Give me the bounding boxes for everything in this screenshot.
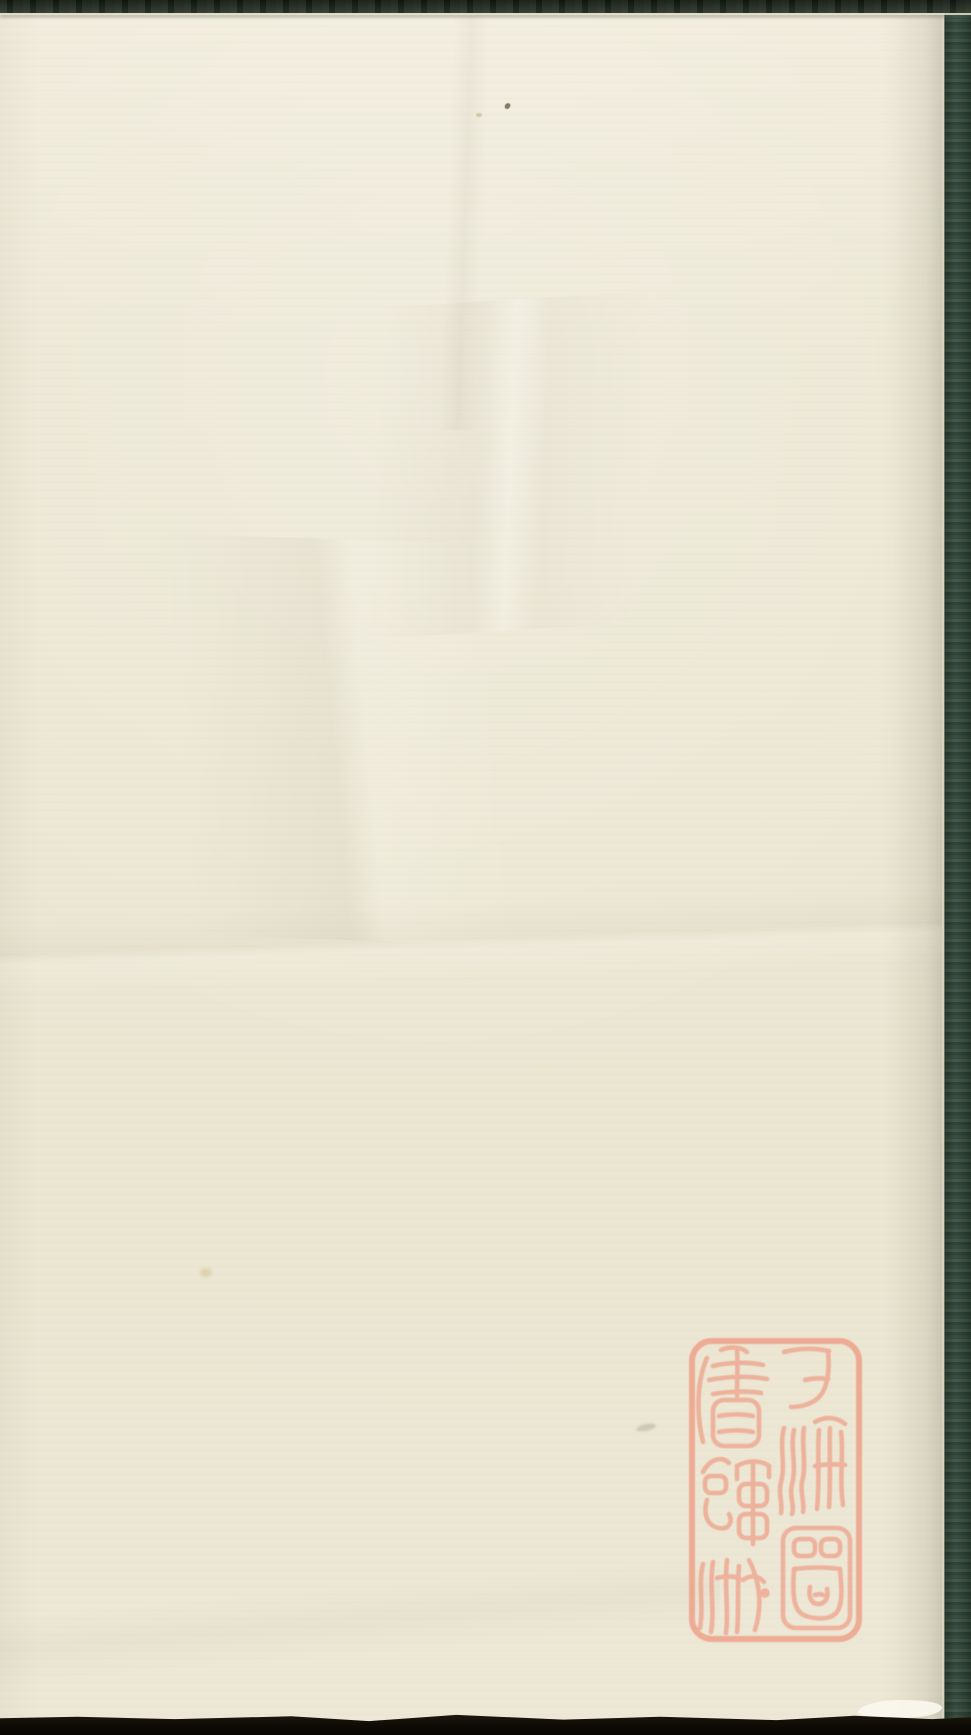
paper-crease	[0, 830, 971, 1050]
seal-border	[692, 1341, 859, 1639]
page-curl-shadow	[881, 0, 945, 1735]
scanned-book-page: 上 海 圖 書 館 藏	[0, 0, 971, 1735]
paper-crease	[0, 1540, 720, 1700]
seal-stamp-graphic	[687, 1336, 864, 1644]
book-cover-top-edge	[0, 0, 971, 13]
seal-char-shu-glyph	[698, 1348, 767, 1446]
seal-char-shang-glyph	[784, 1349, 829, 1407]
seal-char-hai-glyph	[780, 1418, 845, 1514]
paper-smudge	[635, 1422, 656, 1433]
book-cover-right-edge	[944, 0, 971, 1735]
paper-speck	[200, 1268, 212, 1277]
paper-speck	[504, 102, 511, 110]
seal-char-guan-glyph	[703, 1459, 769, 1544]
paper-page: 上 海 圖 書 館 藏	[0, 0, 971, 1735]
paper-crease	[0, 526, 767, 954]
seal-char-cang-glyph	[700, 1560, 767, 1633]
seal-char-tu-glyph	[783, 1528, 850, 1628]
paper-crease	[380, 0, 550, 430]
paper-crease	[0, 267, 971, 664]
paper-speck	[476, 113, 482, 117]
library-collection-seal-stamp: 上 海 圖 書 館 藏	[687, 1336, 864, 1644]
seal-text-caption: 上 海 圖 書 館 藏	[687, 1644, 688, 1645]
